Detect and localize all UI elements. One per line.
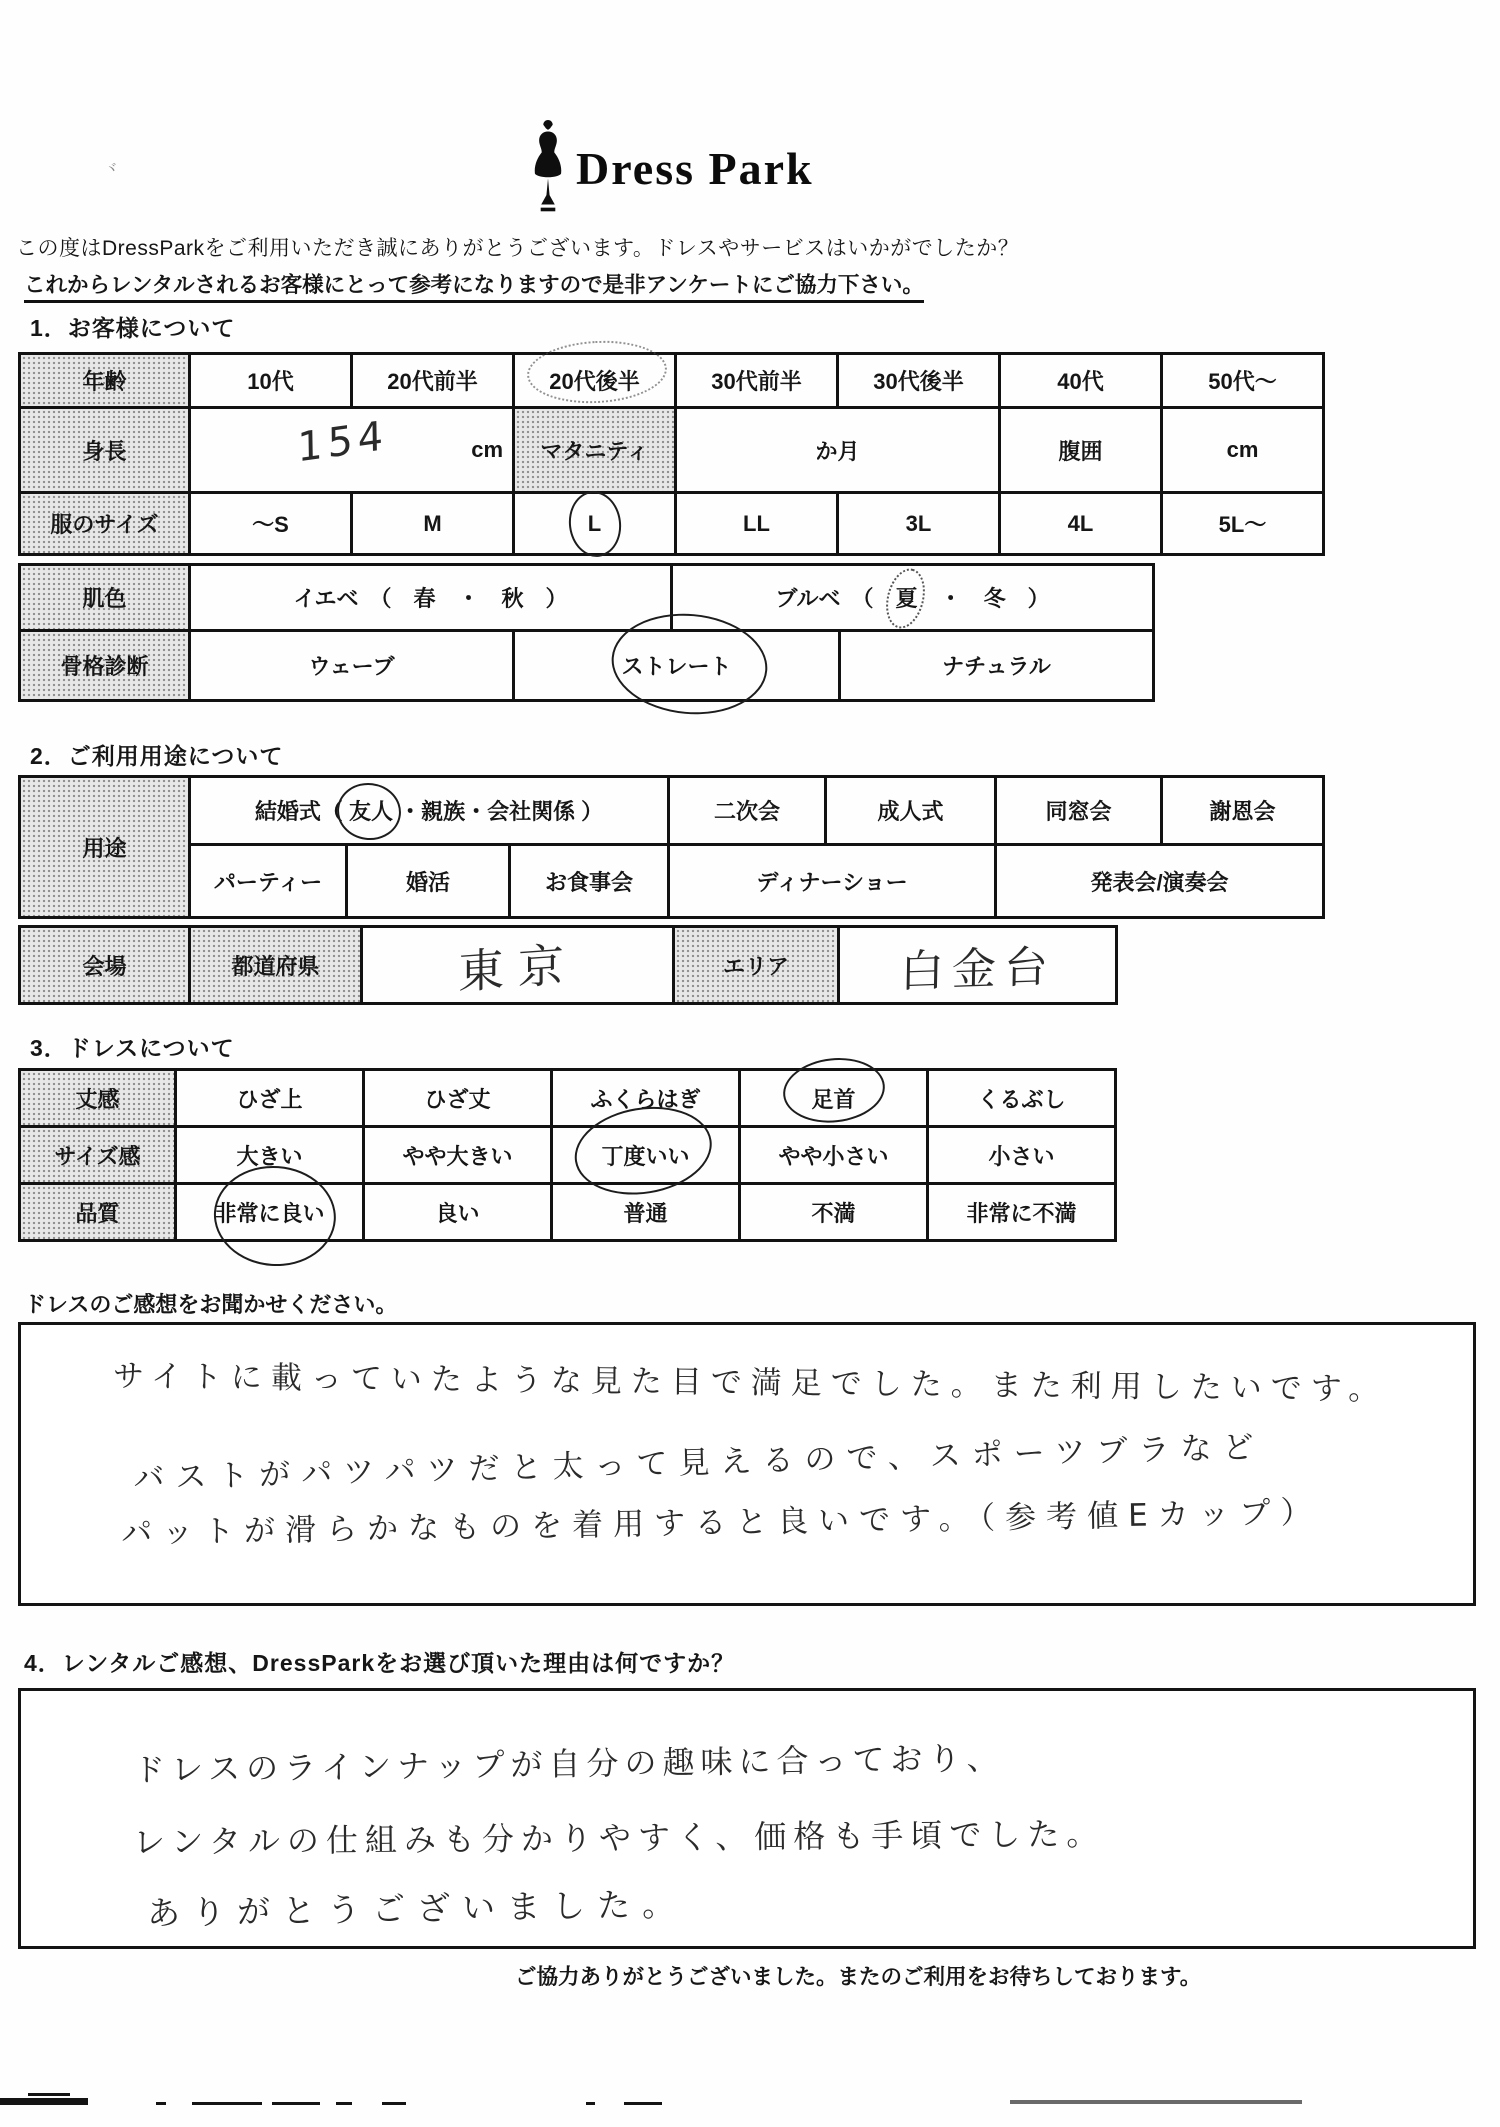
length-option-knee: ひざ丈 [364, 1070, 552, 1127]
brand-logo: Dress Park [530, 120, 814, 216]
size-option-m: M [352, 493, 514, 555]
section3-heading: 3．ドレスについて [30, 1030, 235, 1063]
length-option-above-knee: ひざ上 [176, 1070, 364, 1127]
fit-option-just-right-selected: 丁度いい [552, 1127, 740, 1184]
dress-feedback-label: ドレスのご感想をお聞かせください。 [24, 1288, 397, 1319]
dress-mannequin-icon [530, 120, 566, 216]
skin-tone-row: 肌色 イエベ （ 春 ・ 秋 ） ブルベ （ 夏 ・ 冬 ） [20, 565, 1154, 631]
scan-artifact [192, 2102, 262, 2105]
size-option-ll: LL [676, 493, 838, 555]
size-option-l-selected: L [514, 493, 676, 555]
skin-label-cell: 肌色 [20, 565, 190, 631]
wedding-friend-circled: 友人 [349, 795, 393, 826]
length-option-ankle-selected: 足首 [740, 1070, 928, 1127]
area-handwritten-value: 白金台 [899, 930, 1056, 1000]
frame-label-cell: 骨格診断 [20, 631, 190, 701]
fit-row: サイズ感 大きい やや大きい 丁度いい やや小さい 小さい [20, 1127, 1116, 1184]
prefecture-handwritten-value: 東京 [458, 928, 578, 1003]
age-option-50s: 50代～ [1162, 354, 1324, 408]
frame-diagnosis-row: 骨格診断 ウェーブ ストレート ナチュラル [20, 631, 1154, 701]
prefecture-value-cell: 東京 [362, 927, 674, 1004]
age-row: 年齢 10代 20代前半 20代後半 30代前半 30代後半 40代 50代～ [20, 354, 1324, 408]
scan-artifact [156, 2102, 166, 2105]
fit-option-slightly-large: やや大きい [364, 1127, 552, 1184]
size-option-4l: 4L [1000, 493, 1162, 555]
waist-label-cell: 腹囲 [1000, 408, 1162, 493]
intro-line2-text: これからレンタルされるお客様にとって参考になりますので是非アンケートにご協力下さ… [24, 273, 924, 303]
area-label-cell: エリア [674, 927, 839, 1004]
height-row: 身長 154 cm マタニティ か月 腹囲 cm [20, 408, 1324, 493]
reason-box: ドレスのラインナップが自分の趣味に合っており、 レンタルの仕組みも分かりやすく、… [18, 1688, 1476, 1949]
prefecture-label-cell: 都道府県 [190, 927, 362, 1004]
age-option-early20s: 20代前半 [352, 354, 514, 408]
scanned-survey-page: ヾ Dress Park この度はDressParkをご利用いただき誠にありがと… [0, 0, 1500, 2127]
dress-feedback-box: サイトに載っていたような見た目で満足でした。また利用したいです。 バストがパツパ… [18, 1322, 1476, 1606]
section1-heading: 1．お客様について [30, 310, 235, 343]
frame-option-natural: ナチュラル [840, 631, 1154, 701]
section2-heading: 2．ご利用用途について [30, 738, 283, 771]
brand-name: Dress Park [576, 142, 814, 195]
skin-option-blue-selected: ブルベ （ 夏 ・ 冬 ） [672, 565, 1154, 631]
fit-option-slightly-small: やや小さい [740, 1127, 928, 1184]
scan-artifact [586, 2102, 595, 2105]
scan-artifact [0, 2098, 88, 2105]
waist-unit-cell: cm [1162, 408, 1324, 493]
usage-row1: 用途 結婚式（ 友人 ・親族・会社関係 ） 二次会 成人式 同窓会 謝恩会 [20, 777, 1324, 845]
feedback-handwritten-line3: パットが滑らかなものを着用すると良いです。（参考値Eカップ） [121, 1487, 1322, 1553]
length-option-ankle-bone: くるぶし [928, 1070, 1116, 1127]
usage-option-thanks-party: 謝恩会 [1162, 777, 1324, 845]
usage-label-cell: 用途 [20, 777, 190, 918]
size-option-3l: 3L [838, 493, 1000, 555]
scan-artifact [382, 2102, 406, 2105]
length-option-calf: ふくらはぎ [552, 1070, 740, 1127]
customer-table-main: 年齢 10代 20代前半 20代後半 30代前半 30代後半 40代 50代～ … [18, 352, 1325, 556]
usage-option-konkatsu: 婚活 [347, 845, 510, 918]
frame-option-straight-selected: ストレート [514, 631, 840, 701]
height-handwritten-value: 154 [297, 412, 388, 471]
usage-row2: パーティー 婚活 お食事会 ディナーショー 発表会/演奏会 [20, 845, 1324, 918]
frame-option-wave: ウェーブ [190, 631, 514, 701]
size-option-s: ～S [190, 493, 352, 555]
scan-artifact [336, 2102, 352, 2105]
usage-option-coming-of-age: 成人式 [826, 777, 996, 845]
feedback-handwritten-line1: サイトに載っていたような見た目で満足でした。また利用したいです。 [113, 1350, 1389, 1408]
age-label-cell: 年齢 [20, 354, 190, 408]
feedback-handwritten-line2: バストがパツパツだと太って見えるので、スポーツブラなど [133, 1421, 1265, 1498]
size-option-5l: 5L～ [1162, 493, 1324, 555]
venue-label-cell: 会場 [20, 927, 190, 1004]
reason-handwritten-line1: ドレスのラインナップが自分の趣味に合っており、 [133, 1733, 1005, 1791]
scan-artifact [624, 2102, 662, 2105]
scan-artifact [1010, 2100, 1302, 2104]
clothing-size-row: 服のサイズ ～S M L LL 3L 4L 5L～ [20, 493, 1324, 555]
fit-option-large: 大きい [176, 1127, 364, 1184]
usage-option-afterparty: 二次会 [669, 777, 826, 845]
age-option-late20s-selected: 20代後半 [514, 354, 676, 408]
usage-option-reunion: 同窓会 [996, 777, 1162, 845]
reason-handwritten-line2: レンタルの仕組みも分かりやすく、価格も手頃でした。 [133, 1809, 1106, 1863]
skin-summer-circled: 夏 [896, 582, 918, 613]
usage-table: 用途 結婚式（ 友人 ・親族・会社関係 ） 二次会 成人式 同窓会 謝恩会 パー… [18, 775, 1325, 919]
usage-option-party: パーティー [190, 845, 347, 918]
quality-option-very-unsatisfied: 非常に不満 [928, 1184, 1116, 1241]
section4-heading: 4．レンタルご感想、DressParkをお選び頂いた理由は何ですか？ [24, 1645, 735, 1678]
quality-label-cell: 品質 [20, 1184, 176, 1241]
customer-table-sub: 肌色 イエベ （ 春 ・ 秋 ） ブルベ （ 夏 ・ 冬 ） 骨格診断 ウェーブ… [18, 563, 1155, 702]
scan-speck: ヾ [102, 157, 121, 181]
quality-option-good: 良い [364, 1184, 552, 1241]
height-label-cell: 身長 [20, 408, 190, 493]
height-unit: cm [471, 437, 503, 463]
size-label-cell: 服のサイズ [20, 493, 190, 555]
usage-option-dinner-meeting: お食事会 [510, 845, 669, 918]
usage-option-wedding-selected: 結婚式（ 友人 ・親族・会社関係 ） [190, 777, 669, 845]
usage-option-dinner-show: ディナーショー [669, 845, 996, 918]
age-option-late30s: 30代後半 [838, 354, 1000, 408]
venue-table: 会場 都道府県 東京 エリア 白金台 [18, 925, 1118, 1005]
skin-option-yellow: イエベ （ 春 ・ 秋 ） [190, 565, 672, 631]
maternity-months-cell: か月 [676, 408, 1000, 493]
usage-option-recital: 発表会/演奏会 [996, 845, 1324, 918]
quality-option-normal: 普通 [552, 1184, 740, 1241]
venue-row: 会場 都道府県 東京 エリア 白金台 [20, 927, 1117, 1004]
fit-option-small: 小さい [928, 1127, 1116, 1184]
dress-table: 丈感 ひざ上 ひざ丈 ふくらはぎ 足首 くるぶし サイズ感 大きい やや大きい … [18, 1068, 1117, 1242]
reason-handwritten-line3: ありがとうございました。 [147, 1878, 688, 1934]
quality-option-unsatisfied: 不満 [740, 1184, 928, 1241]
fit-label-cell: サイズ感 [20, 1127, 176, 1184]
scan-artifact [272, 2102, 320, 2105]
age-option-10s: 10代 [190, 354, 352, 408]
maternity-label-cell: マタニティ [514, 408, 676, 493]
length-row: 丈感 ひざ上 ひざ丈 ふくらはぎ 足首 くるぶし [20, 1070, 1116, 1127]
intro-line1: この度はDressParkをご利用いただき誠にありがとうございます。ドレスやサー… [16, 232, 1019, 262]
age-option-40s: 40代 [1000, 354, 1162, 408]
quality-row: 品質 非常に良い 良い 普通 不満 非常に不満 [20, 1184, 1116, 1241]
length-label-cell: 丈感 [20, 1070, 176, 1127]
age-option-early30s: 30代前半 [676, 354, 838, 408]
footer-thanks: ご協力ありがとうございました。またのご利用をお待ちしております。 [515, 1960, 1201, 1991]
area-value-cell: 白金台 [839, 927, 1117, 1004]
intro-line2: これからレンタルされるお客様にとって参考になりますので是非アンケートにご協力下さ… [24, 268, 924, 299]
quality-option-very-good-selected: 非常に良い [176, 1184, 364, 1241]
height-value-cell: 154 cm [190, 408, 514, 493]
scan-artifact [28, 2093, 70, 2096]
